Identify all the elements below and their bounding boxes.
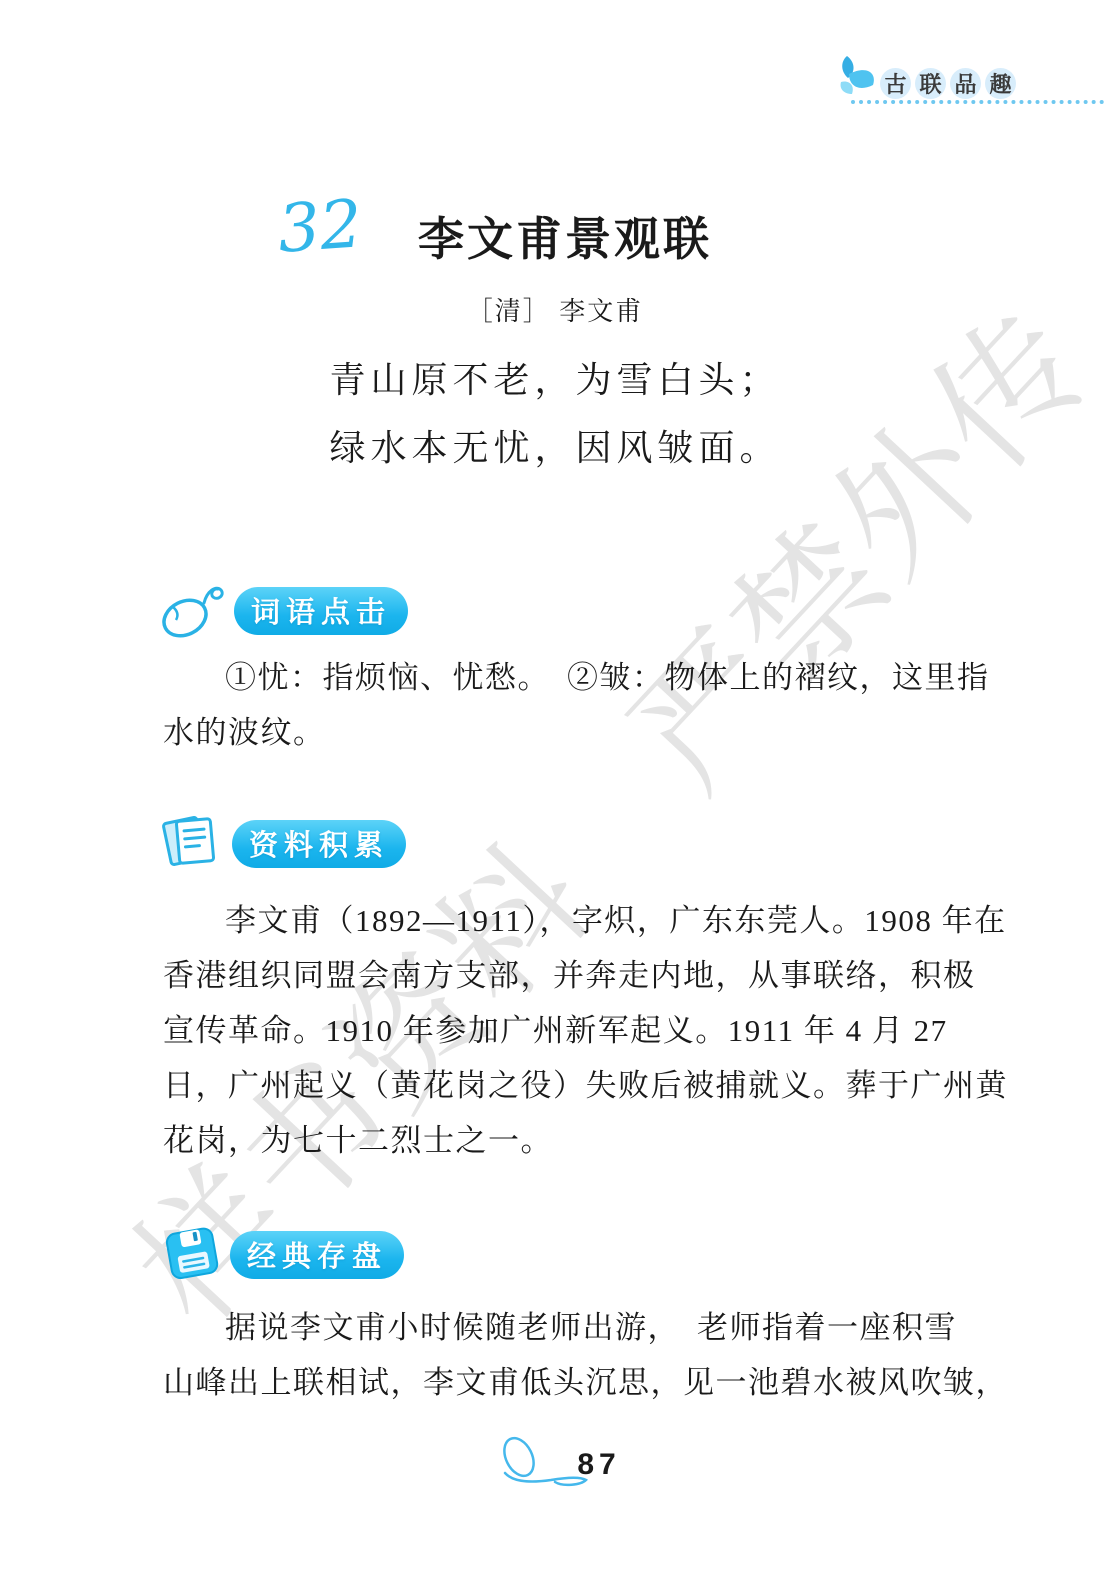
mouse-icon bbox=[160, 576, 226, 645]
section-badge: 经典存盘 bbox=[230, 1231, 404, 1279]
section-text-words: ①忧：指烦恼、忧愁。 ②皱：物体上的褶纹，这里指 水的波纹。 bbox=[163, 650, 978, 760]
section-text-materials: 李文甫（1892—1911），字炽，广东东莞人。1908 年在 香港组织同盟会南… bbox=[163, 893, 978, 1168]
text-line: 花岗，为七十二烈士之一。 bbox=[163, 1113, 978, 1168]
floppy-icon bbox=[160, 1221, 222, 1288]
section-badge: 资料积累 bbox=[232, 820, 406, 868]
leaf-icon bbox=[830, 54, 878, 106]
section-head-words: 词语点击 bbox=[160, 576, 408, 645]
section-head-materials: 资料积累 bbox=[160, 811, 406, 876]
book-page: 样书资料 严禁外传 古 联 品 趣 32 李文甫景观联 ［清］ 李文甫 bbox=[0, 0, 1110, 1571]
brand-char: 古 bbox=[880, 68, 911, 99]
couplet-line-2: 绿水本无忧，因风皱面。 bbox=[0, 414, 1110, 482]
section-badge: 词语点击 bbox=[234, 587, 408, 635]
lesson-number: 32 bbox=[275, 185, 364, 268]
couplet-line-1: 青山原不老，为雪白头； bbox=[0, 346, 1110, 414]
text-line: 宣传革命。1910 年参加广州新军起义。1911 年 4 月 27 bbox=[163, 1003, 978, 1058]
brand-char: 趣 bbox=[985, 68, 1016, 99]
section-head-classics: 经典存盘 bbox=[160, 1221, 404, 1288]
text-line: 日，广州起义（黄花岗之役）失败后被捕就义。葬于广州黄 bbox=[163, 1058, 978, 1113]
text-line: 水的波纹。 bbox=[163, 705, 978, 760]
text-line: ①忧：指烦恼、忧愁。 ②皱：物体上的褶纹，这里指 bbox=[163, 650, 978, 705]
text-line: 香港组织同盟会南方支部，并奔走内地，从事联络，积极 bbox=[163, 948, 978, 1003]
page-number: 87 bbox=[577, 1448, 620, 1482]
header-dotted-divider bbox=[851, 100, 1104, 104]
documents-icon bbox=[160, 811, 224, 876]
lesson-author: ［清］ 李文甫 bbox=[0, 291, 1110, 328]
brand-title: 古 联 品 趣 bbox=[880, 68, 1016, 99]
page-footer: 87 bbox=[0, 1434, 1110, 1495]
brand-char: 联 bbox=[915, 68, 946, 99]
brand-char: 品 bbox=[950, 68, 981, 99]
page-header: 古 联 品 趣 bbox=[830, 54, 1016, 106]
text-line: 李文甫（1892—1911），字炽，广东东莞人。1908 年在 bbox=[163, 893, 978, 948]
text-line: 山峰出上联相试，李文甫低头沉思，见一池碧水被风吹皱， bbox=[163, 1355, 978, 1410]
lesson-title: 李文甫景观联 bbox=[418, 203, 712, 269]
couplet: 青山原不老，为雪白头； 绿水本无忧，因风皱面。 bbox=[0, 346, 1110, 482]
text-line: 据说李文甫小时候随老师出游， 老师指着一座积雪 bbox=[163, 1300, 978, 1355]
section-text-classics: 据说李文甫小时候随老师出游， 老师指着一座积雪 山峰出上联相试，李文甫低头沉思，… bbox=[163, 1300, 978, 1410]
